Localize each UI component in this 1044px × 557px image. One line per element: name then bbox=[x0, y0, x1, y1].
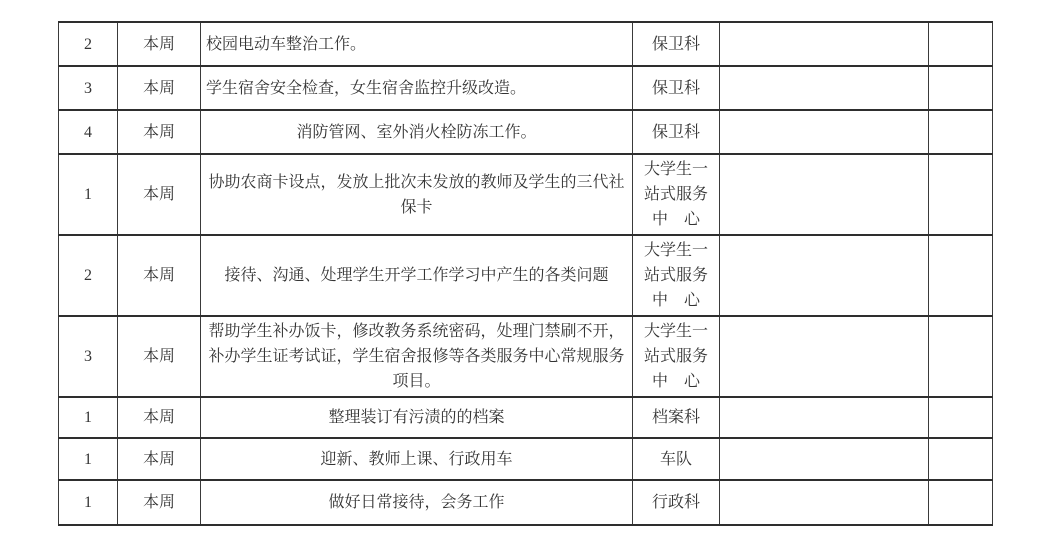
department-cell: 保卫科 bbox=[633, 22, 720, 66]
task-cell: 校园电动车整治工作。 bbox=[201, 22, 633, 66]
task-cell: 协助农商卡设点，发放上批次未发放的教师及学生的三代社保卡 bbox=[201, 154, 633, 235]
remark-cell bbox=[720, 235, 929, 316]
remark-cell bbox=[720, 22, 929, 66]
department-cell: 大学生一 站式服务 中 心 bbox=[633, 235, 720, 316]
note-cell bbox=[929, 316, 993, 397]
note-cell bbox=[929, 66, 993, 110]
table-row: 2 本周 接待、沟通、处理学生开学工作学习中产生的各类问题 大学生一 站式服务 … bbox=[59, 235, 993, 316]
serial-cell: 1 bbox=[59, 438, 118, 480]
period-cell: 本周 bbox=[118, 235, 201, 316]
table-row: 1 本周 协助农商卡设点，发放上批次未发放的教师及学生的三代社保卡 大学生一 站… bbox=[59, 154, 993, 235]
note-cell bbox=[929, 154, 993, 235]
task-cell: 迎新、教师上课、行政用车 bbox=[201, 438, 633, 480]
period-cell: 本周 bbox=[118, 66, 201, 110]
period-cell: 本周 bbox=[118, 397, 201, 438]
remark-cell bbox=[720, 438, 929, 480]
table-row: 3 本周 学生宿舍安全检查，女生宿舍监控升级改造。 保卫科 bbox=[59, 66, 993, 110]
remark-cell bbox=[720, 480, 929, 525]
table-row: 4 本周 消防管网、室外消火栓防冻工作。 保卫科 bbox=[59, 110, 993, 154]
table-row: 3 本周 帮助学生补办饭卡，修改教务系统密码，处理门禁刷不开，补办学生证考试证，… bbox=[59, 316, 993, 397]
task-cell: 做好日常接待，会务工作 bbox=[201, 480, 633, 525]
period-cell: 本周 bbox=[118, 316, 201, 397]
department-cell: 大学生一 站式服务 中 心 bbox=[633, 154, 720, 235]
note-cell bbox=[929, 22, 993, 66]
serial-cell: 2 bbox=[59, 235, 118, 316]
serial-cell: 4 bbox=[59, 110, 118, 154]
note-cell bbox=[929, 438, 993, 480]
serial-cell: 2 bbox=[59, 22, 118, 66]
table-row: 1 本周 整理装订有污渍的的档案 档案科 bbox=[59, 397, 993, 438]
note-cell bbox=[929, 480, 993, 525]
remark-cell bbox=[720, 316, 929, 397]
period-cell: 本周 bbox=[118, 438, 201, 480]
task-cell: 学生宿舍安全检查，女生宿舍监控升级改造。 bbox=[201, 66, 633, 110]
remark-cell bbox=[720, 154, 929, 235]
task-cell: 消防管网、室外消火栓防冻工作。 bbox=[201, 110, 633, 154]
task-cell: 帮助学生补办饭卡，修改教务系统密码，处理门禁刷不开，补办学生证考试证，学生宿舍报… bbox=[201, 316, 633, 397]
period-cell: 本周 bbox=[118, 154, 201, 235]
department-cell: 保卫科 bbox=[633, 66, 720, 110]
document-page: 2 本周 校园电动车整治工作。 保卫科 3 本周 学生宿舍安全检查，女生宿舍监控… bbox=[0, 0, 1044, 557]
department-cell: 保卫科 bbox=[633, 110, 720, 154]
department-cell: 档案科 bbox=[633, 397, 720, 438]
remark-cell bbox=[720, 66, 929, 110]
serial-cell: 3 bbox=[59, 316, 118, 397]
serial-cell: 3 bbox=[59, 66, 118, 110]
department-cell: 行政科 bbox=[633, 480, 720, 525]
period-cell: 本周 bbox=[118, 110, 201, 154]
department-cell: 车队 bbox=[633, 438, 720, 480]
tasks-table: 2 本周 校园电动车整治工作。 保卫科 3 本周 学生宿舍安全检查，女生宿舍监控… bbox=[58, 21, 993, 526]
period-cell: 本周 bbox=[118, 22, 201, 66]
table-row: 2 本周 校园电动车整治工作。 保卫科 bbox=[59, 22, 993, 66]
serial-cell: 1 bbox=[59, 397, 118, 438]
serial-cell: 1 bbox=[59, 480, 118, 525]
period-cell: 本周 bbox=[118, 480, 201, 525]
note-cell bbox=[929, 110, 993, 154]
note-cell bbox=[929, 397, 993, 438]
note-cell bbox=[929, 235, 993, 316]
task-cell: 整理装订有污渍的的档案 bbox=[201, 397, 633, 438]
remark-cell bbox=[720, 397, 929, 438]
serial-cell: 1 bbox=[59, 154, 118, 235]
remark-cell bbox=[720, 110, 929, 154]
table-row: 1 本周 迎新、教师上课、行政用车 车队 bbox=[59, 438, 993, 480]
department-cell: 大学生一 站式服务 中 心 bbox=[633, 316, 720, 397]
table-row: 1 本周 做好日常接待，会务工作 行政科 bbox=[59, 480, 993, 525]
task-cell: 接待、沟通、处理学生开学工作学习中产生的各类问题 bbox=[201, 235, 633, 316]
